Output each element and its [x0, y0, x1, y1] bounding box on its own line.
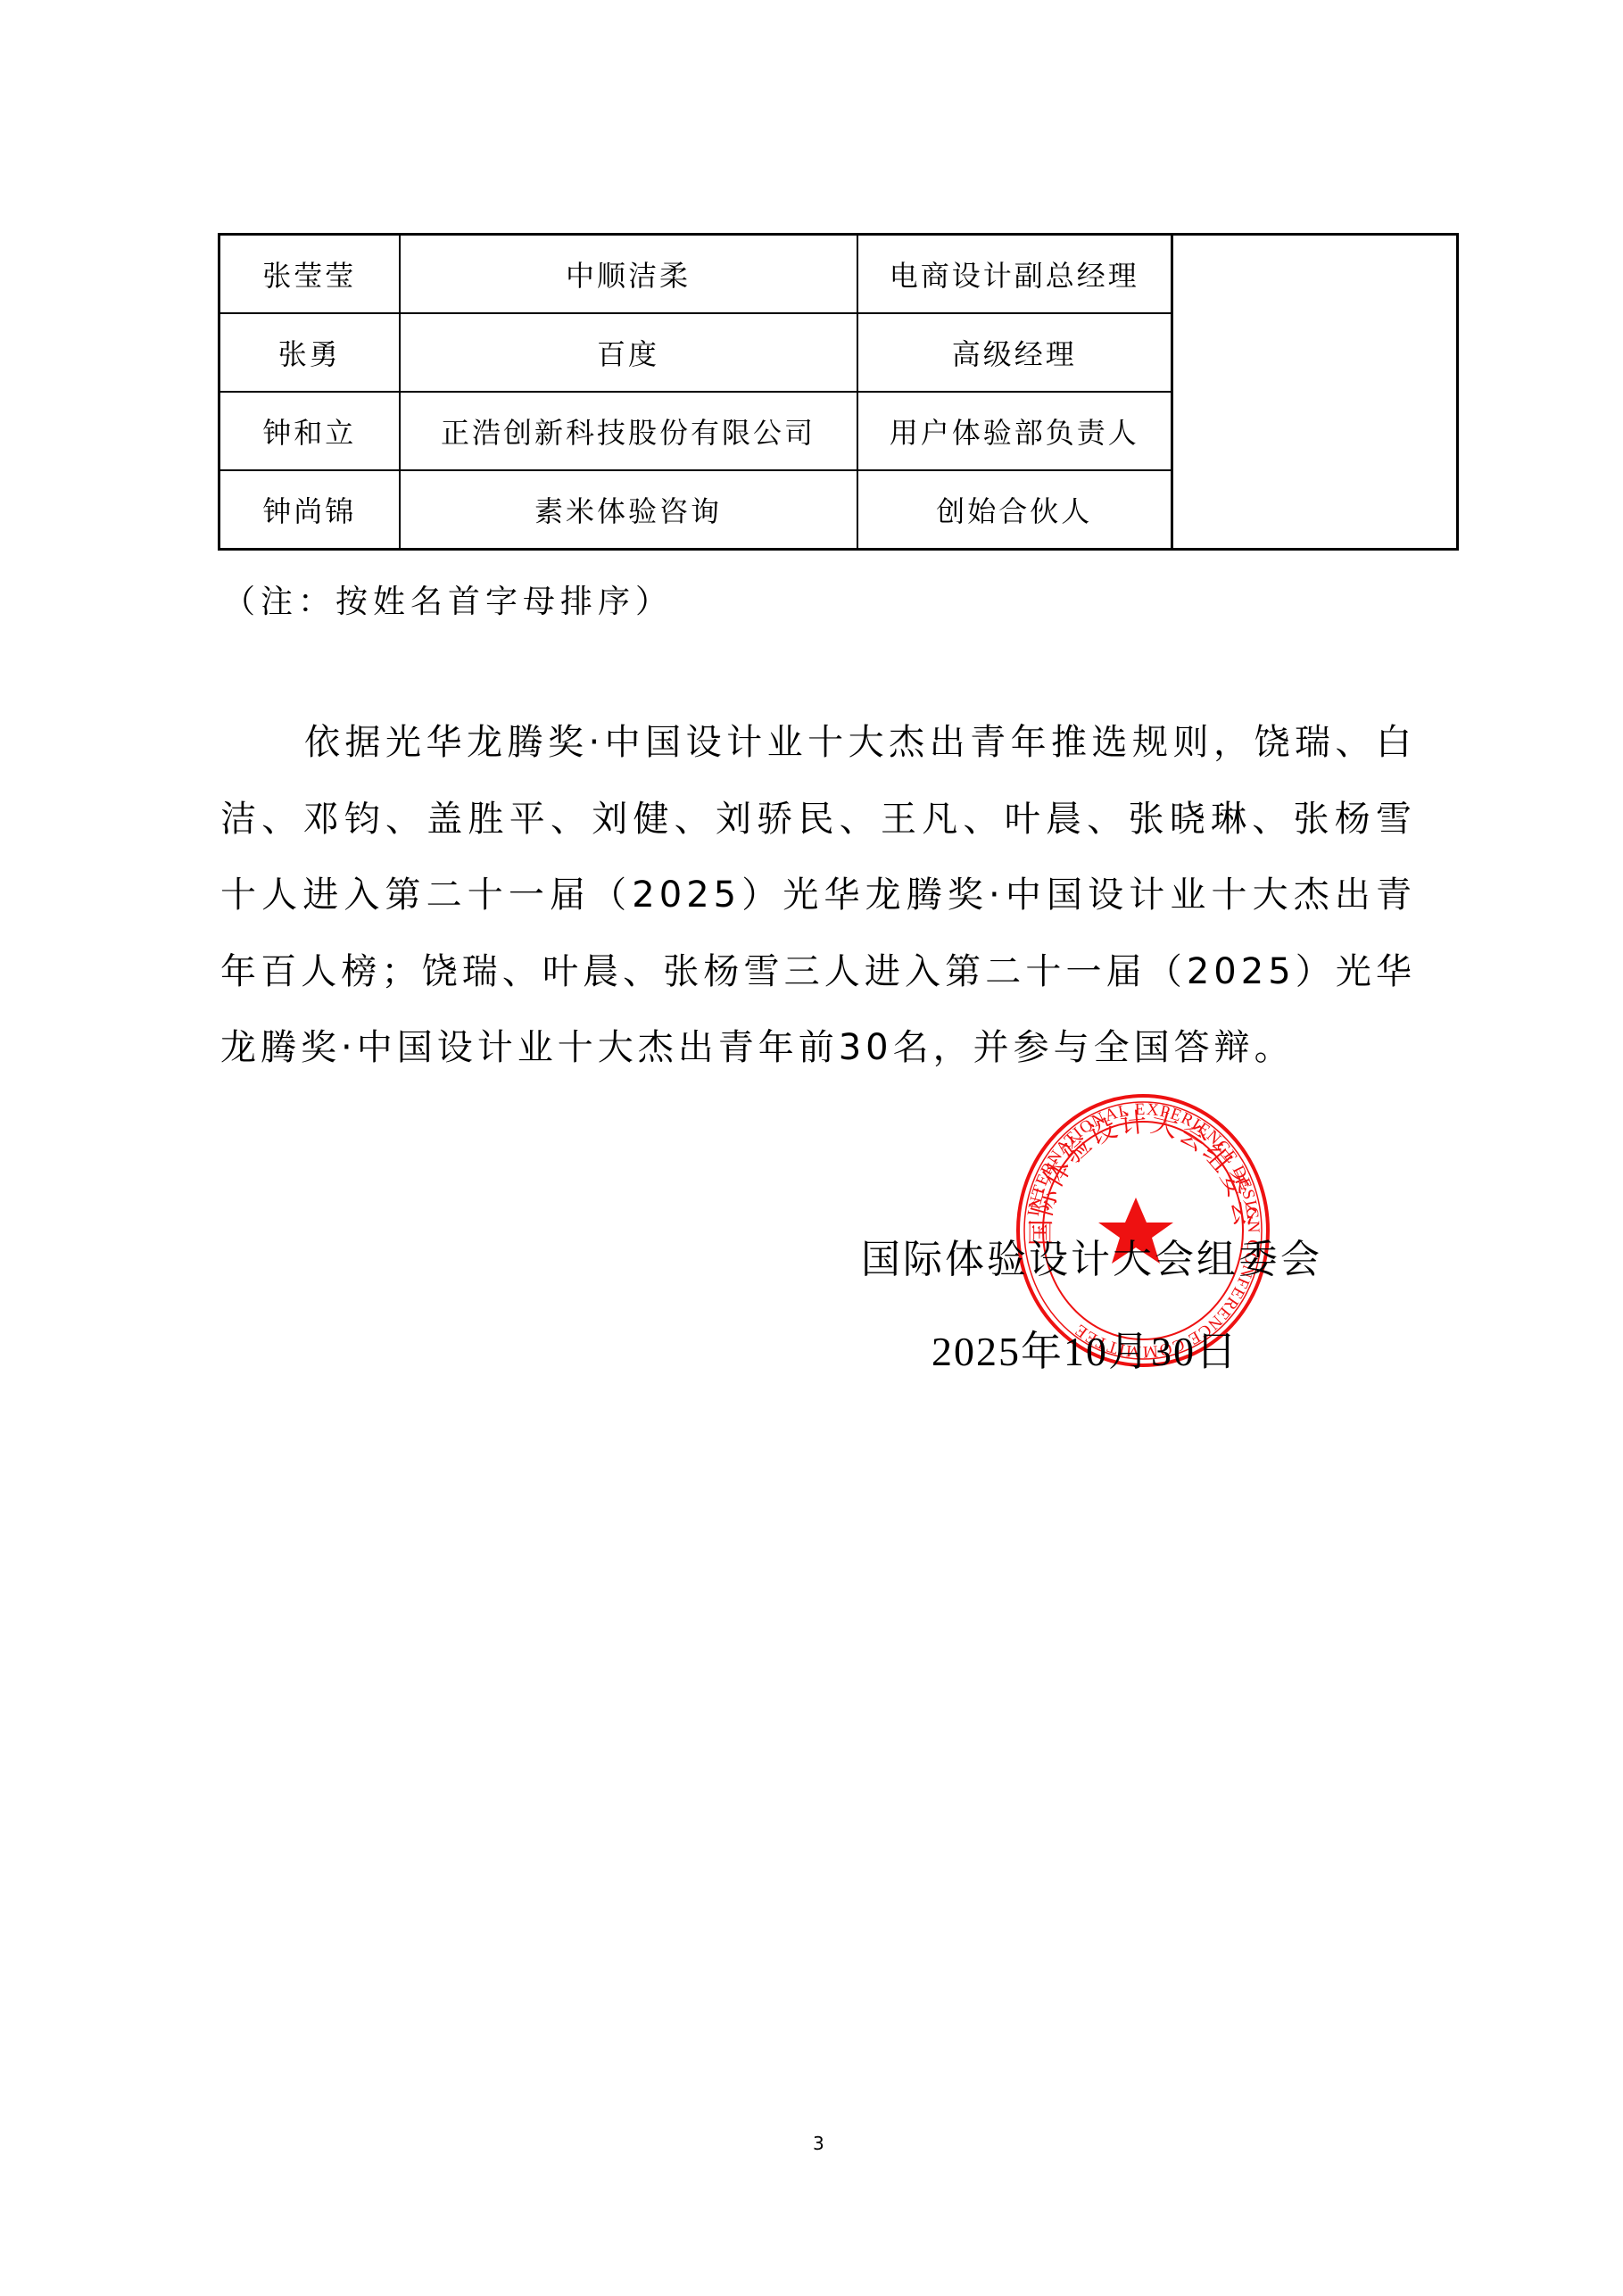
merged-empty-cell: [1172, 235, 1458, 550]
organization-cell: 百度: [400, 313, 857, 392]
sorting-note: （注：按姓名首字母排序）: [223, 576, 673, 622]
name-cell: 张勇: [219, 313, 400, 392]
title-cell: 用户体验部负责人: [857, 392, 1172, 470]
organization-cell: 中顺洁柔: [400, 235, 857, 314]
name-cell: 张莹莹: [219, 235, 400, 314]
seal-inner-text: 国际体验设计大会组委会: [1026, 1107, 1261, 1247]
roster-table: 张莹莹 中顺洁柔 电商设计副总经理 张勇 百度 高级经理 钟和立 正浩创新科技股…: [218, 233, 1459, 551]
name-cell: 钟尚锦: [219, 470, 400, 550]
body-paragraph: 依据光华龙腾奖·中国设计业十大杰出青年推选规则，饶瑞、白洁、邓钧、盖胜平、刘健、…: [220, 705, 1416, 1087]
signature-date: 2025年10月30日: [932, 1319, 1238, 1378]
title-cell: 高级经理: [857, 313, 1172, 392]
document-page: 张莹莹 中顺洁柔 电商设计副总经理 张勇 百度 高级经理 钟和立 正浩创新科技股…: [0, 0, 1623, 2296]
name-cell: 钟和立: [219, 392, 400, 470]
organization-cell: 正浩创新科技股份有限公司: [400, 392, 857, 470]
title-cell: 创始合伙人: [857, 470, 1172, 550]
title-cell: 电商设计副总经理: [857, 235, 1172, 314]
table-row: 张莹莹 中顺洁柔 电商设计副总经理: [219, 235, 1458, 314]
signature-organization: 国际体验设计大会组委会: [861, 1227, 1322, 1284]
organization-cell: 素米体验咨询: [400, 470, 857, 550]
page-number: 3: [813, 2133, 824, 2154]
